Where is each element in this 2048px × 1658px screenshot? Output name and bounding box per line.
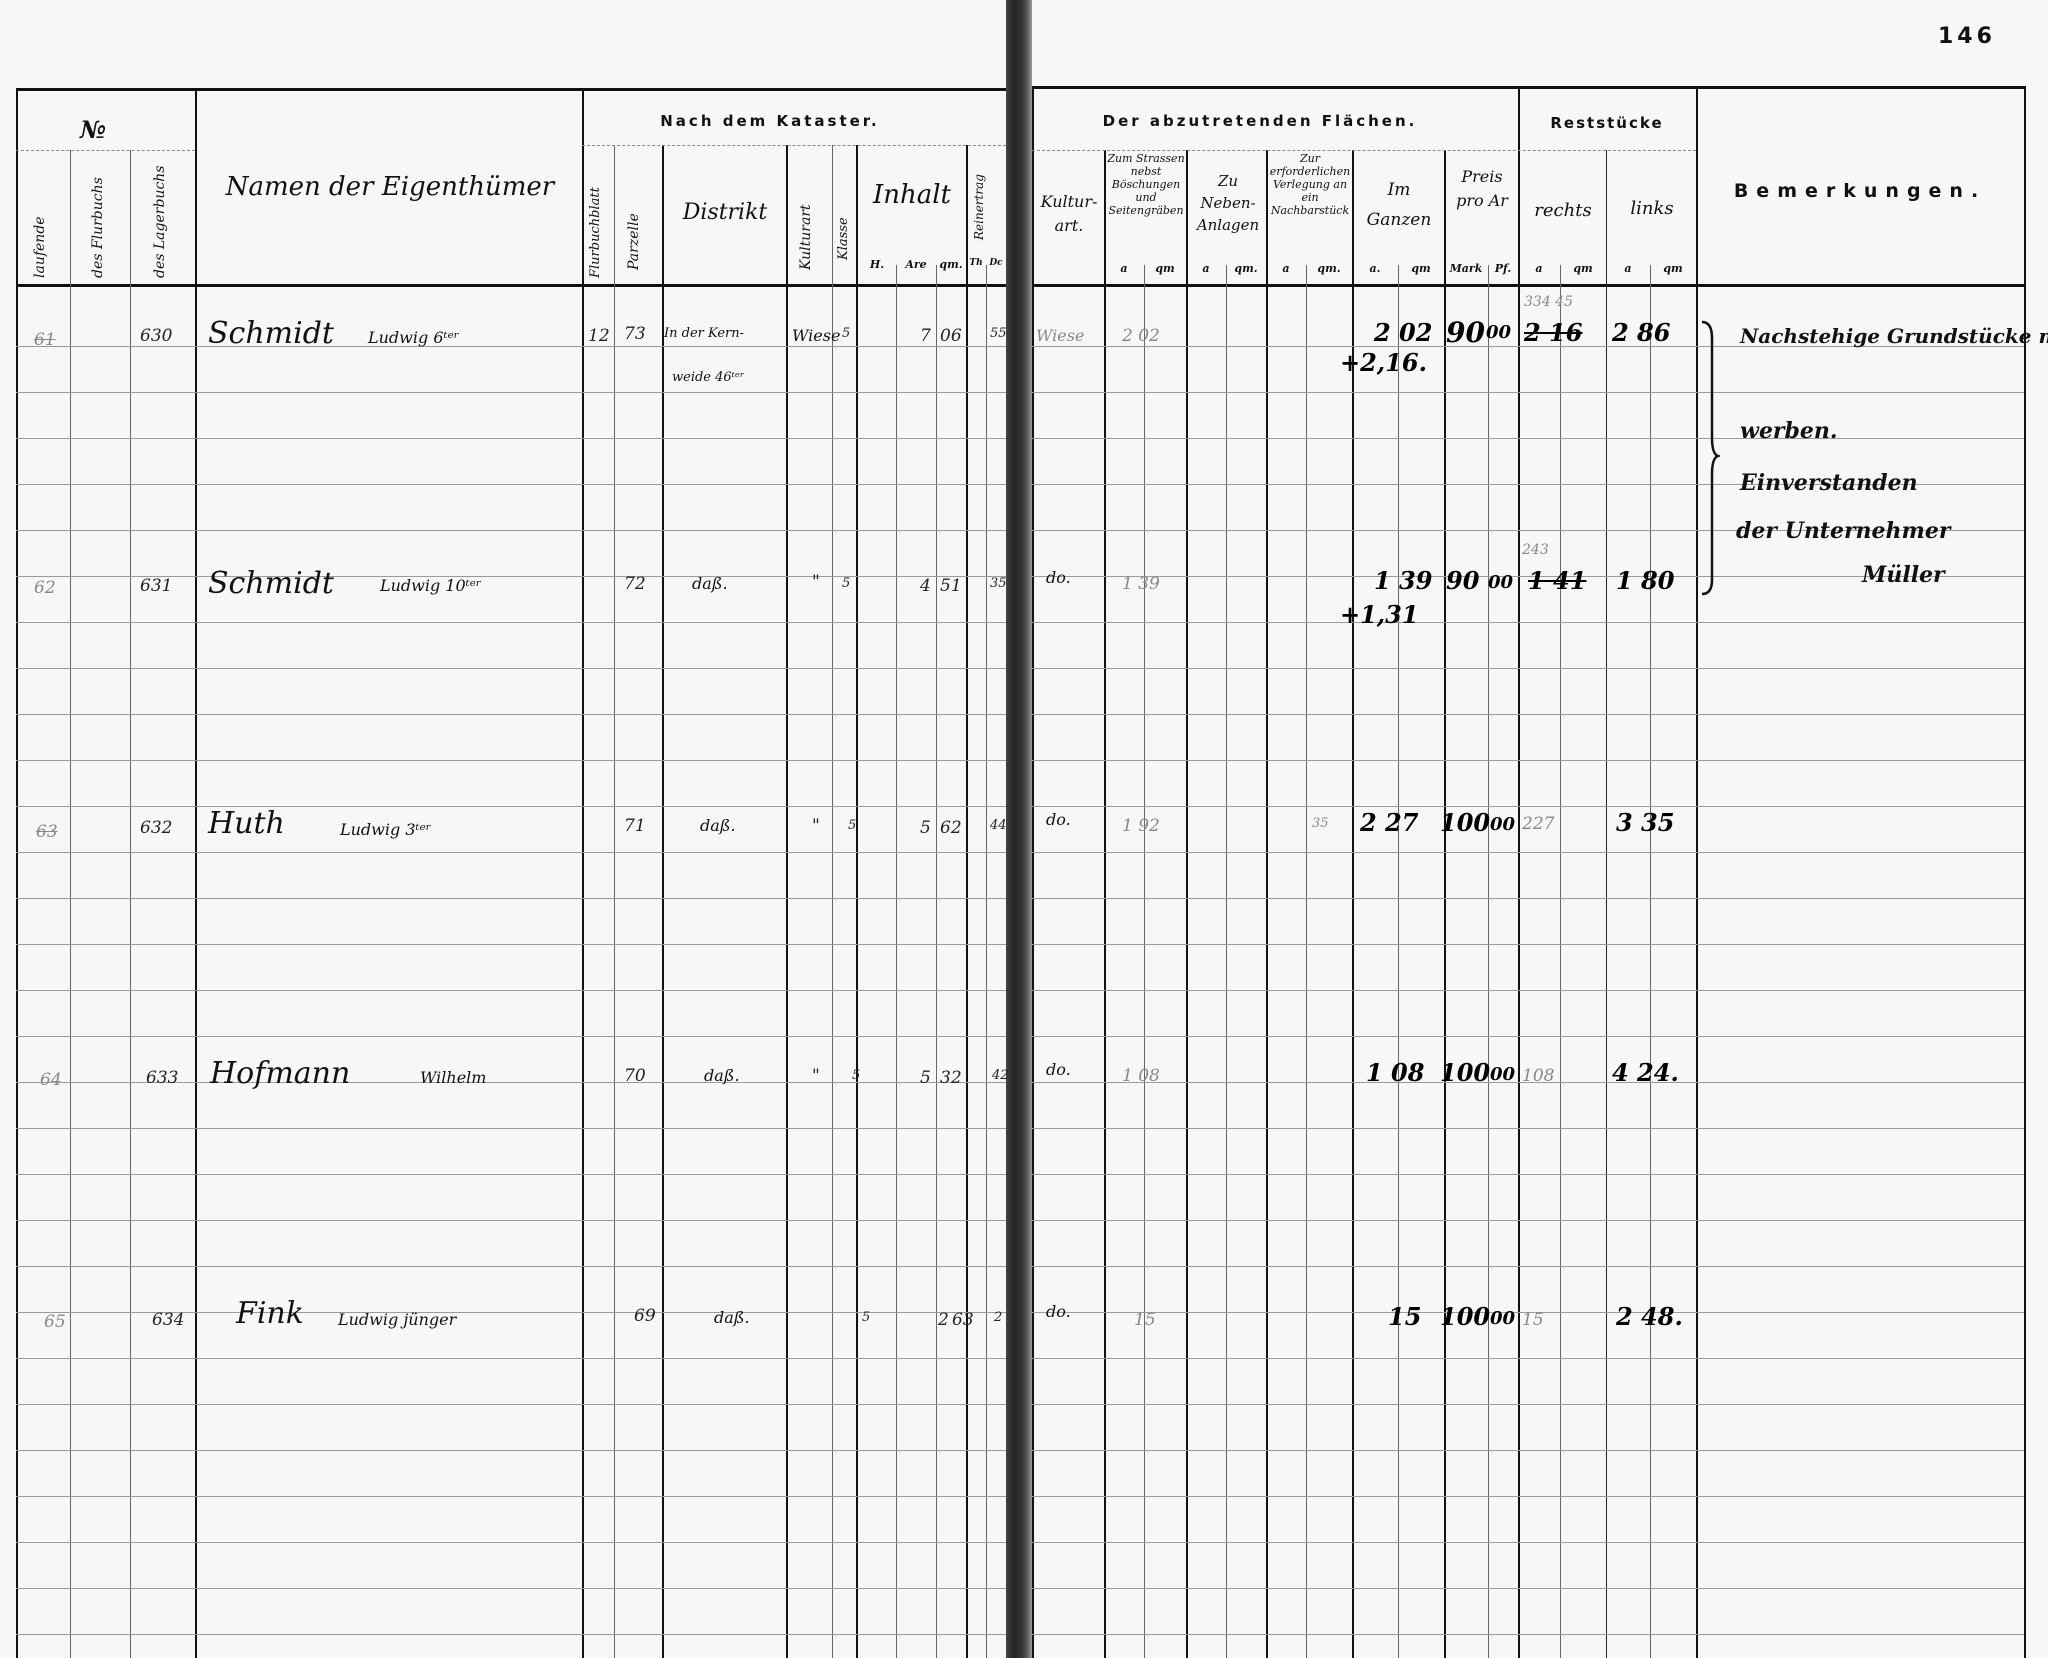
col-lagerbuch-no: des Lagerbuchs [152,166,168,279]
col-flurbuch-no: des Flurbuchs [90,177,106,278]
col-klasse: Klasse [836,217,851,260]
col-preis: Preis pro Ar [1446,165,1518,213]
no-header: № [80,115,106,144]
areas-header: Der abzutretenden Flächen. [1060,112,1460,130]
col-verlegung: Zur erforderlichen Verlegung an ein Nach… [1268,152,1352,217]
unit-dc: Dc [986,258,1006,268]
col-rechts: rechts [1520,200,1606,221]
col-kulturart: Kulturart [798,204,814,270]
unit-th: Th [966,258,986,268]
col-reinertrag: Reinertrag [972,174,986,240]
cadastre-header: Nach dem Kataster. [600,112,940,130]
col-nebenanlagen: Zu Neben-Anlagen [1190,170,1266,236]
page-number: 146 [1938,24,1996,49]
reststuecke-header: Reststücke [1518,114,1696,132]
unit-qm: qm. [936,258,966,271]
col-links: links [1608,198,1696,219]
col-district: Distrikt [664,200,786,225]
book-binding [1006,0,1032,1658]
remarks-header: Bemerkungen. [1700,180,2020,202]
remarks-brace-icon [1696,318,1720,598]
unit-are: Are [896,258,936,271]
col-flurbuchblatt: Flurbuchblatt [588,187,603,278]
col-inhalt: Inhalt [858,180,966,210]
col-im-ganzen: Im Ganzen [1356,175,1442,235]
col-kulturart-right: Kultur-art. [1034,190,1104,238]
col-parzelle: Parzelle [626,213,642,270]
unit-hektar: H. [858,258,896,271]
col-laufende: laufende [32,216,48,278]
col-strassen: Zum Strassen nebst Böschungen und Seiten… [1106,152,1186,217]
owner-name-header: Namen der Eigenthümer [200,172,580,202]
